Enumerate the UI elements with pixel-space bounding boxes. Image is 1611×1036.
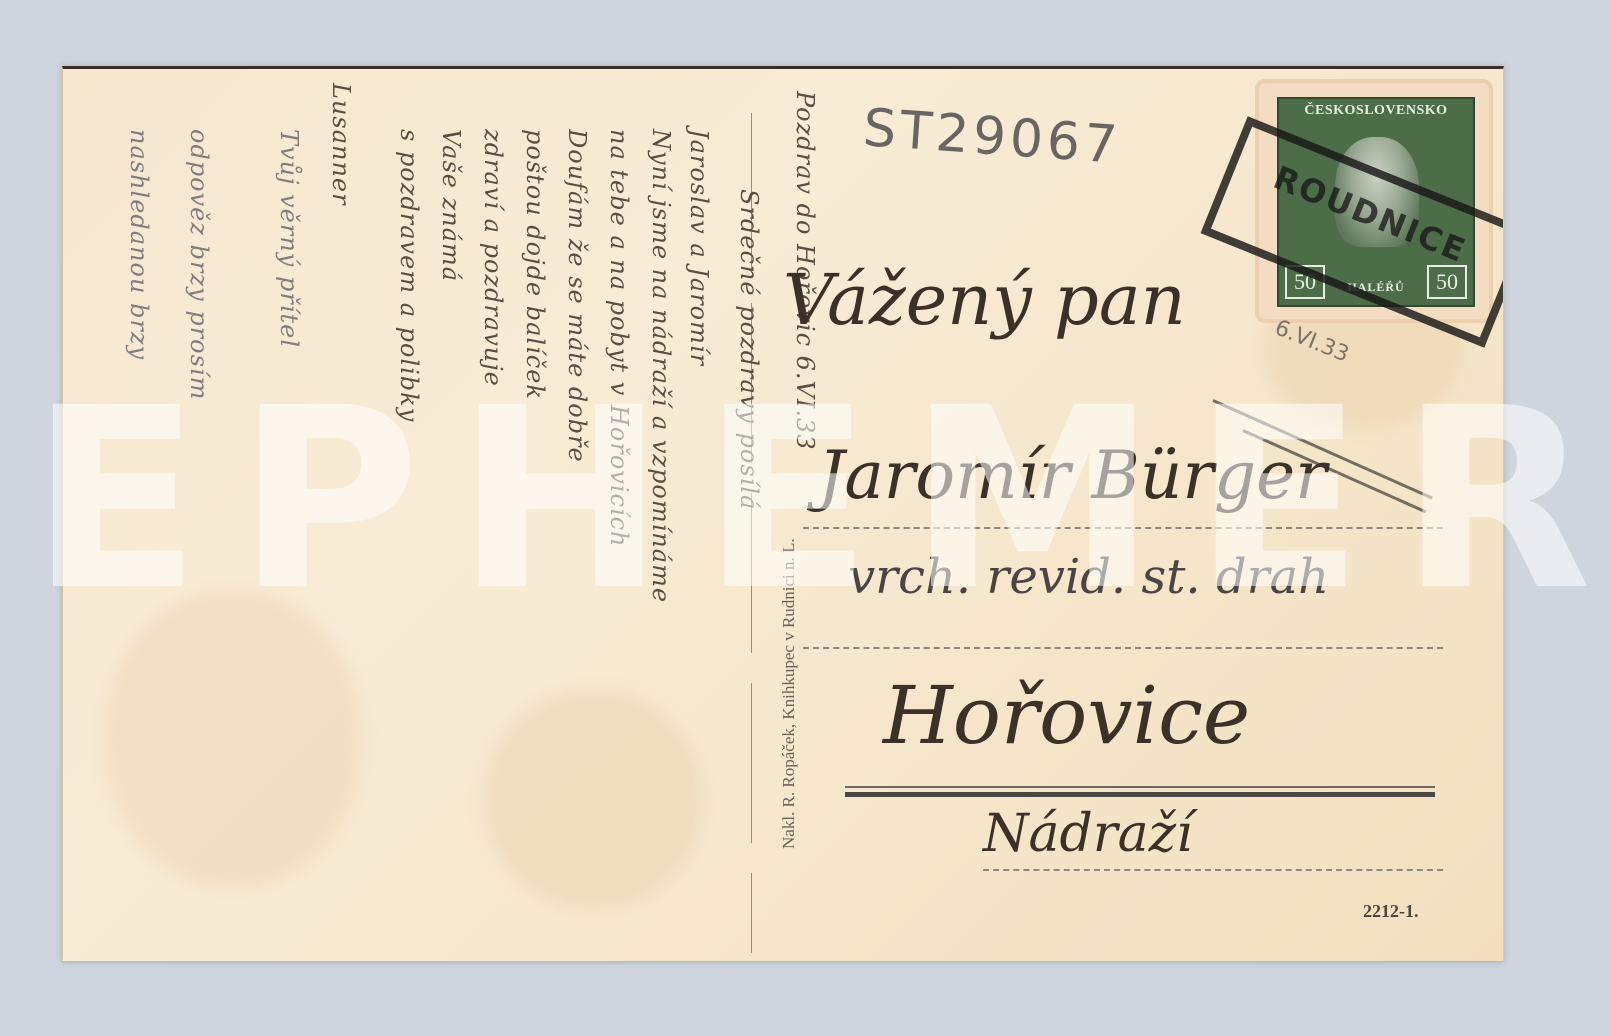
message-line: Jaroslav a Jaromír [685,129,713,366]
message-line: Nyní jsme na nádraží a vzpomínáme [647,129,675,603]
message-line: s pozdravem a polibky [395,129,423,422]
message-line: Vaše známá [437,129,465,282]
address-line-rule [803,527,1443,529]
message-line: nashledanou brzy [125,129,153,360]
postcard: Lusanner Pozdrav do Hořovic 6.VI.33 Srde… [62,66,1504,962]
address-station: Nádraží [983,804,1193,864]
message-top-note: Lusanner [327,83,355,206]
message-line: Tvůj věrný přítel [275,129,303,348]
publisher-imprint: Nakl. R. Ropáček, Knihkupec v Rudnici n.… [779,538,799,849]
message-line: odpověz brzy prosím [185,129,213,400]
address-line-rule [803,647,1443,649]
message-line: Doufám že se máte dobře [563,129,591,463]
handwritten-message: Lusanner Pozdrav do Hořovic 6.VI.33 Srde… [63,69,803,961]
message-line: Srdečné pozdravy posílá [735,189,763,510]
stock-number-pencil: ST29067 [861,98,1123,176]
message-line: poštou dojde balíček [521,129,549,400]
city-underline [845,786,1435,797]
stamp-country: ČESKOSLOVENSKO [1279,103,1473,119]
address-city: Hořovice [883,669,1250,762]
address-recipient-title: vrch. revid. st. drah [848,549,1329,605]
message-line: na tebe a na pobyt v Hořovicích [605,129,633,548]
address-line-rule [983,869,1443,871]
address-salutation: Vážený pan [783,259,1186,341]
message-line: zdraví a pozdravuje [479,129,507,387]
address-recipient-name: Jaromír Bürger [818,437,1327,514]
catalog-number: 2212-1. [1363,901,1419,922]
message-address-divider [751,113,752,953]
